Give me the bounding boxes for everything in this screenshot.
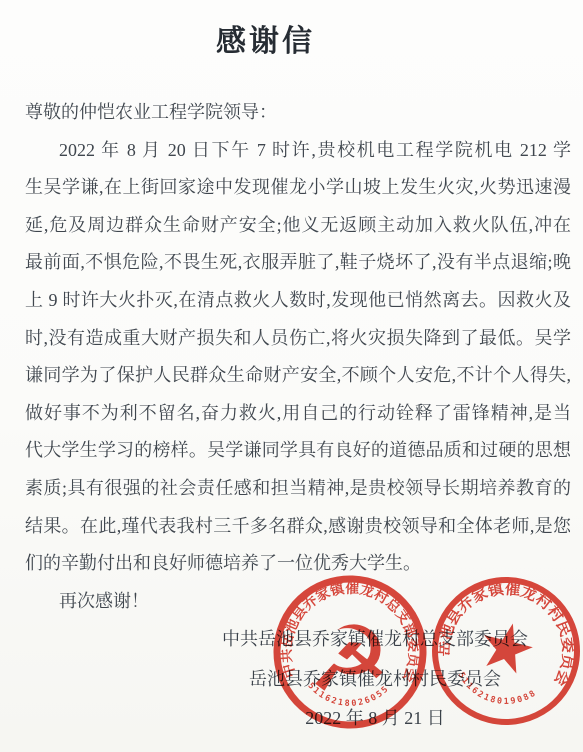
svg-text:岳池县乔家镇催龙村村民委员会: 岳池县乔家镇催龙村村民委员会 xyxy=(430,563,583,690)
seal-ring-text: 岳池县乔家镇催龙村村民委员会 xyxy=(430,563,583,690)
body-line: 做好事不为利不留名,奋力救火,用自己的行动铨释了雷锋精神,是当 xyxy=(25,395,571,433)
star-icon xyxy=(477,617,537,675)
body-line: 代大学生学习的榜样。吴学谦同学具有良好的道德品质和过硬的思想 xyxy=(25,432,571,470)
scanned-letter-page: 感谢信 尊敬的仲恺农业工程学院领导： 2022 年 8 月 20 日下午 7 时… xyxy=(0,0,583,752)
body-line: 时,没有造成重大财产损失和人员伤亡,将火灾损失降到了最低。吴学 xyxy=(25,320,571,358)
body-line: 谦同学为了保护人民群众生命财产安全,不顾个人安危,不计个人得失, xyxy=(25,357,571,395)
body-line: 上 9 时许大火扑灭,在清点救火人数时,发现他已悄然离去。因救火及 xyxy=(25,282,571,320)
body-line: 生吴学谦,在上街回家途中发现催龙小学山坡上发生火灾,火势迅速漫 xyxy=(25,169,571,207)
body-line: 延,危及周边群众生命财产安全;他义无返顾主动加入救火队伍,冲在 xyxy=(25,207,571,245)
body-line: 2022 年 8 月 20 日下午 7 时许,贵校机电工程学院机电 212 学 xyxy=(25,132,571,170)
salutation: 尊敬的仲恺农业工程学院领导： xyxy=(25,94,571,132)
body-line: 最前面,不惧危险,不畏生死,衣服弄脏了,鞋子烧坏了,没有半点退缩;晚 xyxy=(25,244,571,282)
body-line: 结果。在此,瑾代表我村三千多名群众,感谢贵校领导和全体老师,是您 xyxy=(25,508,571,546)
body-line: 素质;具有很强的社会责任感和担当精神,是贵校领导长期培养教育的 xyxy=(25,470,571,508)
letter-title: 感谢信 xyxy=(0,16,557,60)
letter-body: 尊敬的仲恺农业工程学院领导： 2022 年 8 月 20 日下午 7 时许,贵校… xyxy=(25,94,571,620)
